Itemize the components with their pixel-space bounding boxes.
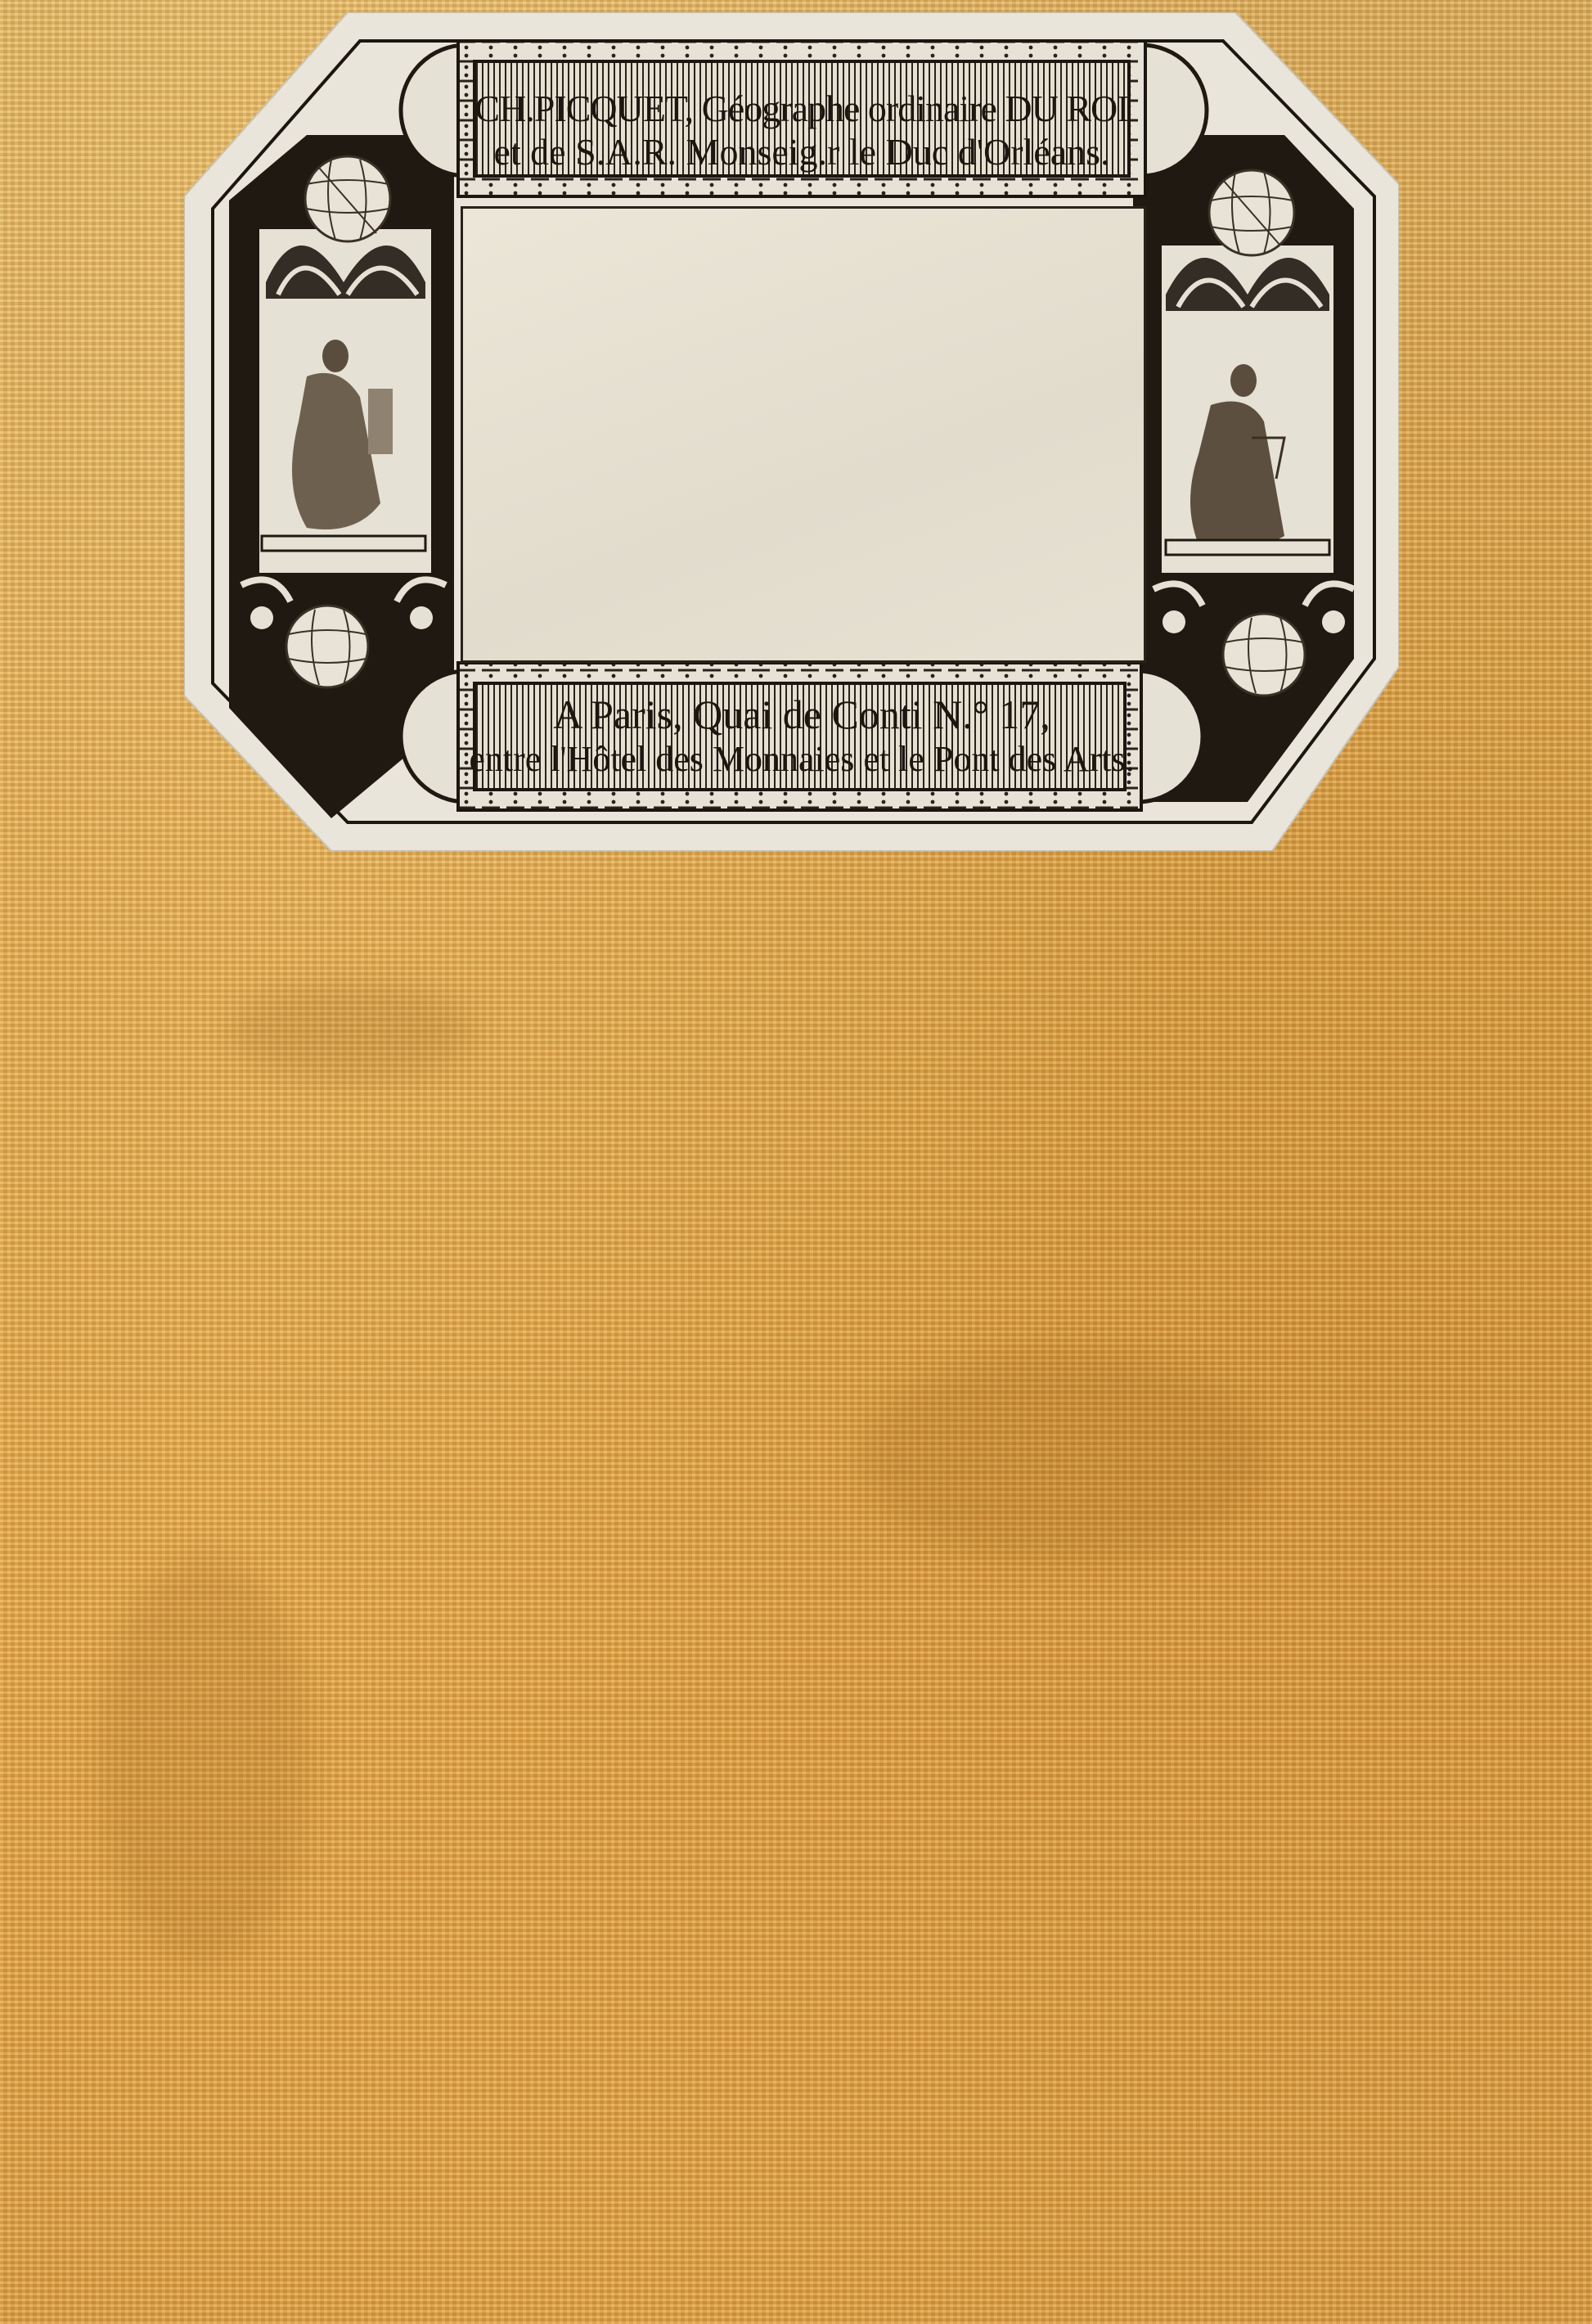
rosette-icon bbox=[1163, 610, 1185, 633]
rosette-icon bbox=[410, 606, 433, 629]
rosette-icon bbox=[1322, 610, 1345, 633]
publisher-label: CH.PICQUET, Géographe ordinaire DU ROI e… bbox=[184, 12, 1399, 851]
rosette-icon bbox=[250, 606, 273, 629]
publisher-name-panel: CH.PICQUET, Géographe ordinaire DU ROI e… bbox=[466, 88, 1137, 174]
cloth-stain bbox=[859, 1350, 1268, 1563]
publisher-line-1: CH.PICQUET, Géographe ordinaire DU ROI bbox=[466, 88, 1137, 131]
publisher-address-panel: A Paris, Quai de Conti N.° 17, entre l'H… bbox=[466, 691, 1137, 780]
globe-icon bbox=[305, 156, 390, 241]
cloth-stain bbox=[229, 982, 474, 1080]
globe-icon bbox=[286, 606, 368, 687]
address-line-2: entre l'Hôtel des Monnaies et le Pont de… bbox=[466, 739, 1137, 781]
globe-icon bbox=[1223, 614, 1305, 696]
blank-cartouche bbox=[461, 206, 1146, 663]
address-line-1: A Paris, Quai de Conti N.° 17, bbox=[466, 691, 1137, 739]
publisher-line-2: et de S.A.R. Monseig.r le Duc d'Orléans. bbox=[466, 131, 1137, 174]
cloth-stain bbox=[98, 1555, 311, 1964]
